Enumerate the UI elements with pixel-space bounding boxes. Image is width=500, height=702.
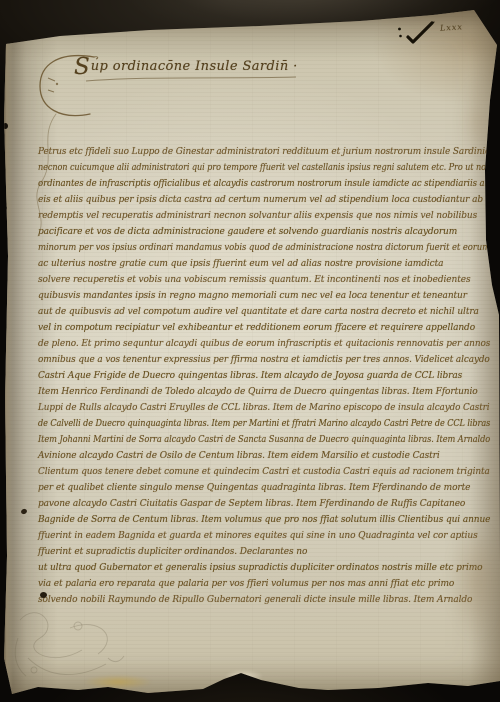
manuscript-text-line: omnibus que a vos tenentur expressius pe… [38, 352, 484, 368]
manuscript-text-line: de pleno. Et primo sequntur alcaydi quib… [38, 336, 487, 352]
manuscript-text-line: vel in compotum recipiatur vel exhibeant… [38, 320, 490, 336]
manuscript-text-line: minorum per vos ipsius ordinari mandamus… [38, 240, 464, 256]
manuscript-text-line: Bagnide de Sorra de Centum libras. Item … [38, 512, 489, 528]
wormhole [3, 123, 8, 129]
manuscript-text-line: Castri Aque Frigide de Duecro quingentas… [38, 368, 490, 384]
manuscript-text-line: ut ultra quod Gubernator et generalis ip… [38, 560, 490, 576]
photo-backdrop: Lxxx Sup ordinacōne Insule Sardin̄ · [0, 0, 500, 702]
manuscript-text-line: aut de quibusvis ad vel compotum audire … [38, 304, 490, 320]
binding-edge [2, 40, 13, 688]
sewing-hole [4, 206, 7, 210]
manuscript-text-line: Clientum quos tenere debet comune et qui… [38, 464, 485, 480]
folio-number: Lxxx [440, 20, 493, 33]
manuscript-text-line: ordinantes de infrascriptis officialibus… [38, 176, 468, 192]
manuscript-text-line: eis et aliis quibus per ipsis dicta cast… [38, 192, 490, 208]
torn-edge-highlight [220, 668, 268, 684]
manuscript-text-line: Item Johanni Martini de Sorra alcaydo Ca… [38, 432, 452, 448]
text-block: Petrus etc ffideli suo Luppo de Ginestar… [38, 144, 490, 608]
heading-text: up ordinacōne Insule Sardin̄ · [91, 59, 298, 74]
checkmark-icon [396, 20, 436, 48]
sewing-hole [2, 362, 5, 366]
marginal-doodle [8, 598, 148, 693]
manuscript-text-line: Petrus etc ffideli suo Luppo de Ginestar… [38, 144, 485, 160]
manuscript-text-line: Item Henrico Ferdinandi de Toledo alcayd… [38, 384, 490, 400]
manuscript-text-line: ac ulterius nostre gratie cum que ipsis … [38, 256, 490, 272]
manuscript-text-line: per et qualibet cliente singulo mense Qu… [38, 480, 490, 496]
manuscript-text-line: Avinione alcaydo Castri de Osilo de Cent… [38, 448, 490, 464]
manuscript-text-line: necnon cuicumque alii administratori qui… [38, 160, 447, 176]
manuscript-text-line: pavone alcaydo Castri Ciuitatis Gaspar d… [38, 496, 490, 512]
manuscript-text-line: pacificare et vos de dicta administracio… [38, 224, 490, 240]
manuscript-text-line: via et palaria ero reparata que palaria … [38, 576, 490, 592]
manuscript-text-line: de Calvelli de Duecro quinquaginta libra… [38, 416, 448, 432]
manuscript-page: Lxxx Sup ordinacōne Insule Sardin̄ · [0, 0, 500, 702]
manuscript-text-line: solvere recuperetis et vobis una vobiscu… [38, 272, 490, 288]
manuscript-text-line: ffuerint in eadem Bagnida et guarda et m… [38, 528, 490, 544]
manuscript-text-line: Luppi de Rulls alcaydo Castri Eruylles d… [38, 400, 480, 416]
manuscript-text-line: quibusvis mandantes ipsis in regno magno… [38, 288, 490, 304]
ink-blot [20, 508, 27, 515]
heading-flourish [86, 74, 298, 84]
manuscript-text-line: redemptis vel recuperatis administrari n… [38, 208, 490, 224]
manuscript-text-line: ffuerint et supradictis dupliciter ordin… [38, 544, 490, 560]
